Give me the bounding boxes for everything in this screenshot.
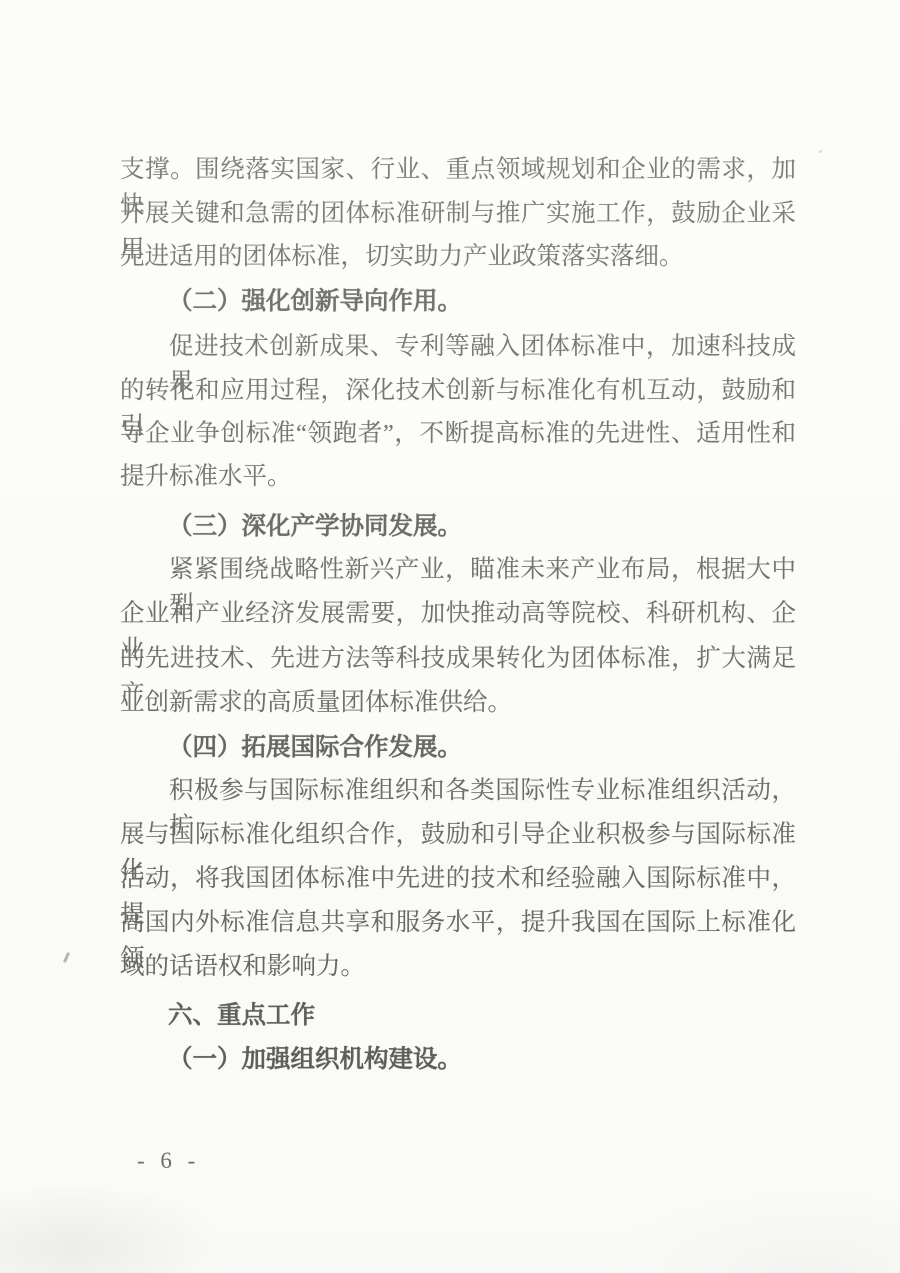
scanned-document-page: 支撑。围绕落实国家、行业、重点领域规划和企业的需求，加快 开展关键和急需的团体标…	[0, 0, 900, 1273]
body-text-line: 先进适用的团体标准，切实助力产业政策落实落细。	[120, 239, 796, 275]
body-text-line: 展与国际标准化组织合作，鼓励和引导企业积极参与国际标准化	[120, 817, 796, 853]
subsection-heading: （一）加强组织机构建设。	[168, 1042, 462, 1078]
body-text-line: 高国内外标准信息共享和服务水平，提升我国在国际上标准化领	[120, 905, 796, 941]
body-text-line: 提升标准水平。	[120, 459, 796, 495]
body-text-line: 的先进技术、先进方法等科技成果转化为团体标准，扩大满足产	[120, 641, 796, 677]
body-text-line: 促进技术创新成果、专利等融入团体标准中，加速科技成果	[120, 329, 796, 365]
scan-speck	[63, 952, 70, 963]
body-text-line: 紧紧围绕战略性新兴产业，瞄准未来产业布局，根据大中型	[120, 552, 796, 588]
body-text-line: 企业和产业经济发展需要，加快推动高等院校、科研机构、企业	[120, 596, 796, 632]
scan-speck	[819, 150, 822, 153]
subsection-heading: （二）强化创新导向作用。	[168, 284, 462, 320]
body-text-line: 导企业争创标准“领跑者”，不断提高标准的先进性、适用性和	[120, 416, 796, 452]
subsection-heading: （四）拓展国际合作发展。	[168, 730, 462, 766]
subsection-heading: （三）深化产学协同发展。	[168, 509, 462, 545]
body-text-line: 域的话语权和影响力。	[120, 949, 796, 985]
page-number: - 6 -	[137, 1148, 200, 1174]
body-text-line: 支撑。围绕落实国家、行业、重点领域规划和企业的需求，加快	[120, 152, 796, 188]
body-text-line: 活动，将我国团体标准中先进的技术和经验融入国际标准中，提	[120, 861, 796, 897]
body-text-line: 开展关键和急需的团体标准研制与推广实施工作，鼓励企业采用	[120, 196, 796, 232]
body-text-line: 积极参与国际标准组织和各类国际性专业标准组织活动，扩	[120, 773, 796, 809]
body-text-line: 的转化和应用过程，深化技术创新与标准化有机互动，鼓励和引	[120, 373, 796, 409]
section-heading: 六、重点工作	[168, 998, 315, 1034]
body-text-line: 业创新需求的高质量团体标准供给。	[120, 685, 796, 721]
